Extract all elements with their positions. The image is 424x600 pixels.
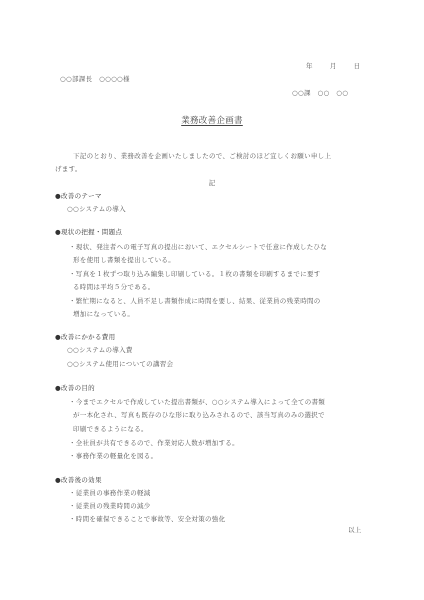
- list-item: ・事務作業の軽量化を図る。: [69, 452, 157, 460]
- list-item: ○○システムの導入費: [67, 346, 133, 354]
- date-year: 年: [306, 62, 313, 70]
- list-item: ・全社員が共有できるので、作業対応人数が増加する。: [69, 439, 239, 447]
- list-item: ・繁忙期になると、人員不足し書類作成に時間を要し、結果、従業員の残業時間の: [69, 297, 321, 305]
- list-item: ○○システム使用についての講習会: [67, 360, 173, 368]
- date-day: 日: [354, 62, 361, 70]
- section-heading-current: ●現状の把握・問題点: [55, 228, 122, 236]
- list-item: ○○システムの導入: [67, 205, 126, 213]
- intro-line-2: げます。: [55, 165, 82, 173]
- closing-ijou: 以上: [348, 526, 362, 534]
- list-item: 形を使用し書類を提出している。: [73, 256, 175, 264]
- list-item: が一本化され、写真も既存のひな形に取り込みされるので、該当写真のみの選択で: [73, 411, 325, 419]
- list-item: 増加になっている。: [73, 310, 134, 318]
- list-item: ・従業員の残業時間の減少: [69, 502, 151, 510]
- list-item: ・現状、発注者への電子写真の提出において、エクセルシートで任意に作成したひな: [69, 243, 327, 251]
- section-heading-cost: ●改善にかかる費用: [55, 333, 115, 341]
- list-item: ・従業員の事務作業の軽減: [69, 489, 151, 497]
- date-line: 年月日: [306, 62, 377, 70]
- section-heading-effect: ●改善後の効果: [55, 476, 102, 484]
- list-item: る時間は平均５分である。: [73, 283, 155, 291]
- document-title: 業務改善企画書: [0, 117, 424, 125]
- section-heading-theme: ●改善のテーマ: [55, 192, 102, 200]
- list-item: ・時間を確保できることで事故等、安全対策の強化: [69, 515, 225, 523]
- date-month: 月: [330, 62, 337, 70]
- ki-label: 記: [0, 179, 424, 187]
- section-heading-purpose: ●改善の目的: [55, 384, 95, 392]
- intro-line-1: 下記のとおり、業務改善を企画いたしましたので、ご検討のほど宜しくお願い申し上: [73, 152, 331, 160]
- list-item: ・写真を１枚ずつ取り込み編集し印刷している。１枚の書類を印刷するまでに要す: [69, 270, 321, 278]
- list-item: ・今までエクセルで作成していた提出書類が、○○システム導入によって全ての書類: [69, 398, 325, 406]
- recipient: ○○部課長 ○○○○様: [60, 75, 130, 83]
- sender: ○○課 ○○ ○○: [292, 89, 348, 97]
- list-item: 印刷できるようになる。: [73, 425, 148, 433]
